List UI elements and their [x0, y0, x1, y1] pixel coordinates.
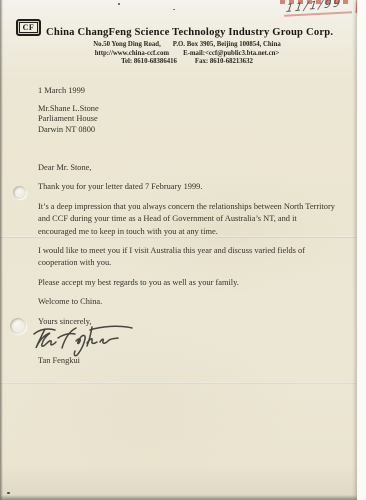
scan-speck: [7, 492, 10, 494]
letterhead-address-line: No.50 Yong Ding Road, P.O. Box 3905, Bei…: [16, 41, 358, 50]
scan-edge-bottom: [0, 495, 366, 500]
paragraph: Please accept my best regards to you as …: [38, 277, 335, 289]
scan-speck: [173, 9, 175, 10]
paragraph: Welcome to China.: [38, 296, 335, 308]
street-address: No.50 Yong Ding Road,: [93, 41, 161, 50]
punch-hole-top: [13, 186, 26, 199]
scanned-letter-page: 11/1/99 CF China ChangFeng Science Techn…: [0, 0, 366, 500]
salutation: Dear Mr. Stone,: [38, 162, 335, 174]
po-box-address: P.O. Box 3905, Beijing 100854, China: [173, 41, 281, 50]
email-address: E-mail:<ccf@public3.bta.net.cn>: [183, 50, 279, 59]
company-logo-text: CF: [23, 23, 35, 32]
signature-handwriting: [30, 320, 154, 358]
letter-body: Dear Mr. Stone, Thank you for your lette…: [38, 162, 335, 335]
letterhead-title-row: CF China ChangFeng Science Technology In…: [16, 19, 358, 38]
company-logo-icon: CF: [16, 19, 41, 36]
paragraph: It’s a deep impression that you always c…: [38, 201, 335, 238]
recipient-name: Mr.Shane L.Stone: [38, 104, 99, 114]
company-name: China ChangFeng Science Technology Indus…: [46, 27, 333, 38]
paper-fold-line-lower: [0, 382, 357, 384]
letterhead-web-line: http://www.china-ccf.com E-mail:<ccf@pub…: [16, 50, 358, 59]
paragraph: I would like to meet you if I visit Aust…: [38, 245, 335, 270]
paragraph: Thank you for your letter dated 7 Februa…: [38, 181, 335, 193]
recipient-address-line: Darwin NT 0800: [38, 125, 99, 135]
letterhead: CF China ChangFeng Science Technology In…: [16, 19, 358, 67]
telephone-number: Tel: 8610-68386416: [121, 58, 177, 67]
signature-typed-name: Tan Fengkui: [38, 356, 80, 365]
letterhead-phone-line: Tel: 8610-68386416 Fax: 8610-68213632: [16, 58, 358, 67]
recipient-address-block: Mr.Shane L.Stone Parliament House Darwin…: [38, 104, 99, 135]
fax-number: Fax: 8610-68213632: [195, 58, 253, 67]
letterhead-contact-lines: No.50 Yong Ding Road, P.O. Box 3905, Bei…: [16, 41, 358, 67]
scan-speck: [118, 3, 120, 5]
letter-date: 1 March 1999: [38, 86, 85, 95]
recipient-address-line: Parliament House: [38, 114, 99, 124]
website-url: http://www.china-ccf.com: [95, 50, 169, 59]
punch-hole-bottom: [10, 318, 26, 334]
scanner-backing-strip: [357, 0, 366, 500]
scan-edge-left: [0, 0, 3, 500]
